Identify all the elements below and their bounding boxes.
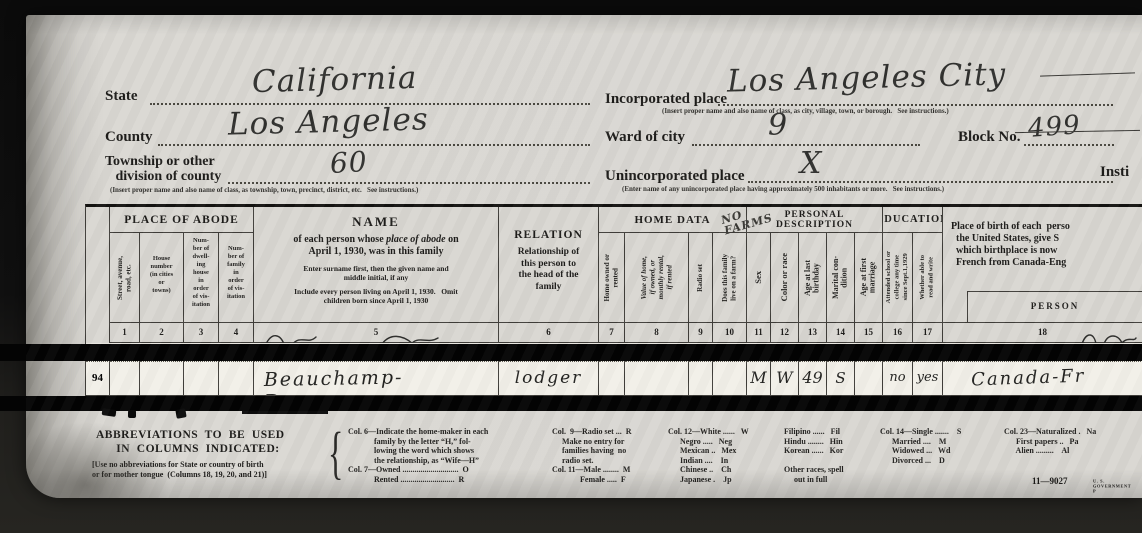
- unincorporated-line: [748, 181, 1113, 183]
- census-scan: State California County Los Angeles Town…: [0, 0, 1142, 533]
- redaction-bar-top: [0, 344, 1142, 361]
- col-school-header: Attended school or college any time sinc…: [883, 233, 913, 323]
- col-number-10: 10: [713, 323, 747, 343]
- col-color-race-header: Color or race: [771, 233, 799, 323]
- incorporated-value: Los Angeles City: [727, 56, 1007, 99]
- institution-label: Insti: [1100, 164, 1129, 181]
- division-note: (Insert proper name and also name of cla…: [110, 186, 418, 194]
- county-label: County: [105, 129, 153, 146]
- cell-value-home: [625, 361, 689, 396]
- cell-name: Beauchamp- Damase: [254, 361, 499, 396]
- cell-birthplace: Canada-Fr: [943, 361, 1142, 396]
- col-number-11: 11: [747, 323, 771, 343]
- abbreviations-note: [Use no abbreviations for State or count…: [92, 460, 267, 480]
- division-value: 60: [329, 145, 368, 180]
- block-label: Block No.: [958, 129, 1021, 146]
- col-number-15: 15: [855, 323, 883, 343]
- cell-age: 49: [799, 361, 827, 396]
- abbr-col12-left: Col. 12—White ...... W Negro ..... Neg M…: [668, 427, 749, 484]
- col-house-number-header: House number (in cities or towns): [140, 233, 184, 323]
- col-farm-header: Does this family live on a farm?: [713, 233, 747, 323]
- relation-title: RELATION: [499, 229, 598, 241]
- county-line: [158, 144, 590, 146]
- col-number-4: 4: [219, 323, 254, 343]
- col-radio-header: Radio set: [689, 233, 713, 323]
- col-family-header: Num- ber of family in order of vis- itat…: [219, 233, 254, 323]
- col-age-marriage-header: Age at first marriage: [855, 233, 883, 323]
- person-label: PERSON: [968, 301, 1142, 311]
- col-number-7: 7: [599, 323, 625, 343]
- name-sub1: of each person whose place of abode on A…: [254, 234, 498, 258]
- cell-house-number: [140, 361, 184, 396]
- ward-value: 9: [768, 108, 788, 143]
- col-number-6: 6: [499, 323, 599, 343]
- block-line: [1024, 144, 1114, 146]
- col-number-16: 16: [883, 323, 913, 343]
- col-dwelling-header: Num- ber of dwell- ing house in order of…: [184, 233, 219, 323]
- ink-remnant: [128, 410, 136, 418]
- name-sub2: Enter surname first, then the given name…: [254, 264, 498, 282]
- brace-divider: {: [328, 424, 343, 482]
- cell-marital: S: [827, 361, 855, 396]
- cell-family: [219, 361, 254, 396]
- unincorporated-label: Unincorporated place: [605, 168, 745, 185]
- relation-sub: Relationship of this person to the head …: [499, 247, 598, 293]
- col-relation-header: RELATION Relationship of this person to …: [499, 207, 599, 323]
- col-home-owned-header: Home owned or rented: [599, 233, 625, 323]
- abbr-col23: Col. 23—Naturalized . Na First papers ..…: [1004, 427, 1096, 456]
- col-number-14: 14: [827, 323, 855, 343]
- county-value: Los Angeles: [228, 101, 430, 142]
- cell-home-owned: [599, 361, 625, 396]
- group-place-of-abode: PLACE OF ABODE: [110, 207, 254, 233]
- col-read-write-header: Whether able to read and write: [913, 233, 943, 323]
- abbr-col14: Col. 14—Single ....... S Married .... M …: [880, 427, 961, 465]
- cell-street: [110, 361, 140, 396]
- name-sub3: Include every person living on April 1, …: [254, 287, 498, 305]
- incorporated-note: (Insert proper name and also name of cla…: [662, 107, 949, 115]
- cell-relation: lodger: [499, 361, 599, 396]
- col-sex-header: Sex: [747, 233, 771, 323]
- unincorporated-note: (Enter name of any unincorporated place …: [622, 185, 944, 193]
- incorporated-line: [718, 104, 1113, 106]
- ink-remnant: [175, 408, 186, 419]
- state-label: State: [105, 88, 138, 105]
- cell-color-race: W: [771, 361, 799, 396]
- printer-imprint: U. S. GOVERNMENT P: [1093, 479, 1131, 494]
- redaction-bar-bottom: [0, 396, 1142, 411]
- ink-remnant: [242, 411, 328, 414]
- name-title: NAME: [254, 214, 498, 230]
- col-birthplace-header: Place of birth of each perso the United …: [943, 207, 1142, 323]
- abbreviations-title: ABBREVIATIONS TO BE USED IN COLUMNS INDI…: [96, 428, 285, 456]
- cell-farm: [713, 361, 747, 396]
- cell-line-number: 94: [86, 361, 110, 396]
- person-box: PERSON: [967, 291, 1142, 322]
- unincorporated-value: X: [800, 146, 822, 181]
- birthplace-text: Place of birth of each perso the United …: [943, 207, 1142, 269]
- group-education: EDUCATION: [883, 207, 943, 233]
- cell-dwelling: [184, 361, 219, 396]
- cell-read-write: yes: [913, 361, 943, 396]
- col-street-header: Street, avenue, road, etc.: [110, 233, 140, 323]
- ward-label: Ward of city: [605, 129, 685, 146]
- col-marital-header: Marital con- dition: [827, 233, 855, 323]
- col-number-3: 3: [184, 323, 219, 343]
- col-age-header: Age at last birthday: [799, 233, 827, 323]
- col-value-home-header: Value of home, if owned, or monthly rent…: [625, 233, 689, 323]
- division-label: Township or other division of county: [105, 154, 221, 184]
- col-number-8: 8: [625, 323, 689, 343]
- col-number-17: 17: [913, 323, 943, 343]
- col-name-header: NAME of each person whose place of abode…: [254, 207, 499, 323]
- col-number-9: 9: [689, 323, 713, 343]
- incorporated-label: Incorporated place: [605, 91, 727, 108]
- form-number: 11—9027: [1032, 476, 1068, 486]
- line-number-column: [86, 207, 110, 343]
- abbr-col12-right: Filipino ...... Fil Hindu ........ Hin K…: [784, 427, 844, 484]
- abbr-col9-col11: Col. 9—Radio set ... R Make no entry for…: [552, 427, 632, 484]
- col-number-12: 12: [771, 323, 799, 343]
- census-table-header: PLACE OF ABODE Street, avenue, road, etc…: [85, 204, 1142, 343]
- cell-sex: M: [747, 361, 771, 396]
- cell-radio: [689, 361, 713, 396]
- col-number-13: 13: [799, 323, 827, 343]
- division-line: [228, 182, 590, 184]
- col-number-2: 2: [140, 323, 184, 343]
- block-value: 499: [1027, 110, 1082, 144]
- cell-school: no: [883, 361, 913, 396]
- abbr-col6-col7: Col. 6—Indicate the home-maker in each f…: [348, 427, 488, 484]
- col-number-1: 1: [110, 323, 140, 343]
- cell-age-marriage: [855, 361, 883, 396]
- state-value: California: [252, 60, 418, 100]
